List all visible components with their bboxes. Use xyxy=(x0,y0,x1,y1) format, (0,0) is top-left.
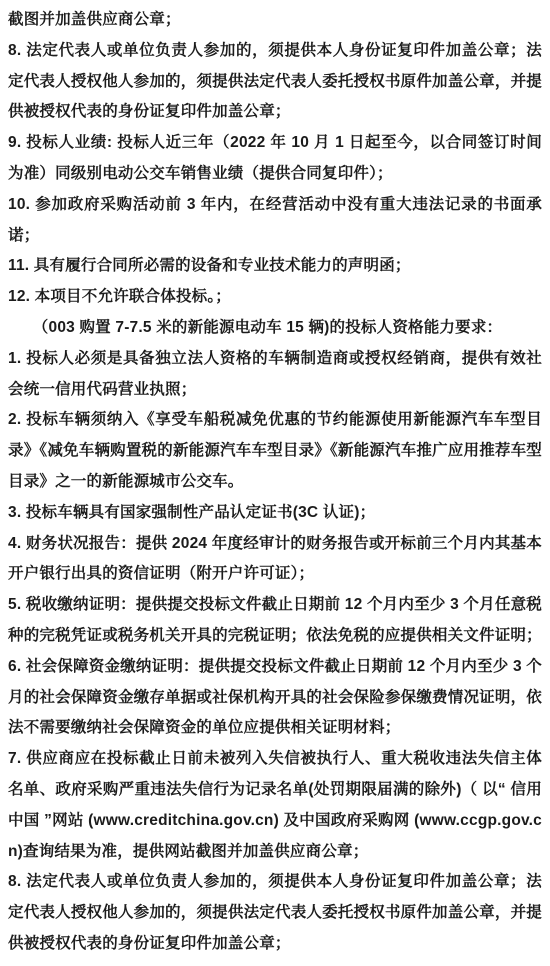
para-item-8: 8. 法定代表人或单位负责人参加的，须提供本人身份证复印件加盖公章；法定代表人授… xyxy=(8,36,542,128)
para-item-4: 4. 财务状况报告：提供 2024 年度经审计的财务报告或开标前三个月内其基本开… xyxy=(8,529,542,591)
para-stamp-continuation: 截图并加盖供应商公章； xyxy=(8,5,542,36)
para-item-7: 7. 供应商应在投标截止日前未被列入失信被执行人、重大税收违法失信主体名单、政府… xyxy=(8,744,542,867)
para-item-6: 6. 社会保障资金缴纳证明：提供提交投标文件截止日期前 12 个月内至少 3 个… xyxy=(8,652,542,744)
para-section-003-heading: （003 购置 7-7.5 米的新能源电动车 15 辆)的投标人资格能力要求： xyxy=(8,313,542,344)
para-item-3: 3. 投标车辆具有国家强制性产品认定证书(3C 认证)； xyxy=(8,498,542,529)
para-item-2: 2. 投标车辆须纳入《享受车船税减免优惠的节约能源使用新能源汽车车型目录》《减免… xyxy=(8,405,542,497)
para-item-1: 1. 投标人必须是具备独立法人资格的车辆制造商或授权经销商，提供有效社会统一信用… xyxy=(8,344,542,406)
document-page: 截图并加盖供应商公章； 8. 法定代表人或单位负责人参加的，须提供本人身份证复印… xyxy=(0,0,550,966)
para-item-12: 12. 本项目不允许联合体投标。； xyxy=(8,282,542,313)
para-item-10: 10. 参加政府采购活动前 3 年内，在经营活动中没有重大违法记录的书面承诺； xyxy=(8,190,542,252)
para-item-5: 5. 税收缴纳证明：提供提交投标文件截止日期前 12 个月内至少 3 个月任意税… xyxy=(8,590,542,652)
para-item-8-repeat: 8. 法定代表人或单位负责人参加的，须提供本人身份证复印件加盖公章；法定代表人授… xyxy=(8,867,542,959)
para-item-11: 11. 具有履行合同所必需的设备和专业技术能力的声明函； xyxy=(8,251,542,282)
para-item-9: 9. 投标人业绩: 投标人近三年（2022 年 10 月 1 日起至今，以合同签… xyxy=(8,128,542,190)
